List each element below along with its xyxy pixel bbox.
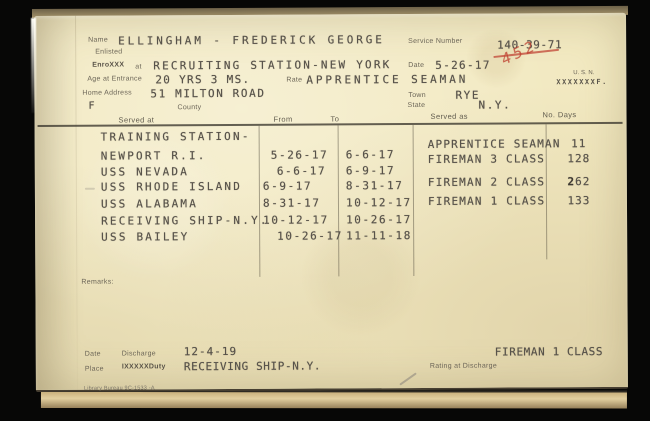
usn-label: U. S. N. (573, 70, 594, 76)
served-as-cell: FIREMAN 3 CLASS (428, 152, 545, 166)
table-row: RECEIVING SHIP-N.Y. 10-12-17 10-26-17 (35, 212, 627, 228)
served-at-cell: USS BAILEY (101, 230, 189, 243)
service-number-label: Service Number (408, 38, 462, 45)
rate-value: APPRENTICE SEAMAN (306, 73, 468, 87)
served-at-cell: RECEIVING SHIP-N.Y. (101, 214, 269, 228)
pencil-mark (399, 372, 416, 385)
days-cell: 11 (559, 137, 599, 150)
served-as-header: Served as (431, 112, 468, 121)
days-cell: 133 (559, 194, 599, 207)
name-label: Name (88, 37, 108, 44)
discharge-date-value: 12-4-19 (184, 345, 237, 358)
rate-label: Rate (286, 77, 302, 84)
state-label: State (407, 102, 425, 109)
from-header: From (274, 115, 293, 124)
served-at-header: Served at (119, 115, 155, 124)
home-address-label: Home Address (82, 89, 132, 96)
discharge-label: Discharge (122, 350, 156, 357)
inactive-duty-struck-label: IXXXXXDuty (122, 363, 166, 370)
served-as-cell: APPRENTICE SEAMAN (428, 137, 561, 151)
from-cell: 10-12-17 (263, 213, 329, 226)
county-initial: F (88, 101, 95, 112)
state-value: N.Y. (478, 99, 511, 112)
name-value: ELLINGHAM - FREDERICK GEORGE (118, 33, 385, 47)
from-cell: 10-26-17 (277, 229, 343, 242)
days-cell: 262 (559, 175, 599, 188)
to-cell: 10-26-17 (346, 213, 412, 226)
town-value: RYE (455, 89, 480, 102)
stacked-cards-edge (41, 390, 627, 409)
to-cell: 11-11-18 (346, 229, 412, 242)
entry-station-value: RECRUITING STATION-NEW YORK (153, 58, 391, 72)
date-value: 5-26-17 (435, 59, 491, 72)
pencil-dash (85, 188, 95, 190)
photo-background: Name ELLINGHAM - FREDERICK GEORGE Enlist… (0, 0, 650, 421)
place-label: Place (85, 366, 104, 373)
at-label: at (135, 63, 141, 70)
age-value: 20 YRS 3 MS. (155, 73, 250, 86)
no-days-header: No. Days (543, 110, 577, 119)
usnrf-struck-label: XXXXXXXF. (556, 78, 607, 86)
to-header: To (331, 114, 340, 123)
discharge-date-label: Date (85, 351, 101, 358)
county-label: County (177, 104, 201, 111)
town-label: Town (408, 92, 426, 99)
card-assembly: Name ELLINGHAM - FREDERICK GEORGE Enlist… (34, 13, 628, 392)
enrolled-struck-label: EnroXXX (92, 62, 124, 69)
remarks-label: Remarks: (81, 279, 113, 286)
date-label: Date (408, 62, 424, 69)
light-reflection (31, 18, 36, 113)
days-cell: 128 (559, 152, 599, 165)
served-as-cell: FIREMAN 2 CLASS (428, 175, 545, 189)
rating-at-discharge-value: FIREMAN 1 CLASS (495, 345, 603, 359)
age-at-entrance-label: Age at Entrance (87, 75, 142, 82)
printer-imprint: Library Bureau 9C-1533 -A (84, 385, 155, 391)
rating-at-discharge-label: Rating at Discharge (430, 363, 497, 370)
discharge-place-value: RECEIVING SHIP-N.Y. (184, 360, 321, 374)
table-row: USS BAILEY 10-26-17 11-11-18 (35, 228, 627, 244)
served-as-cell: FIREMAN 1 CLASS (428, 194, 545, 208)
enlisted-label: Enlisted (95, 49, 122, 56)
home-address-value: 51 MILTON ROAD (150, 87, 265, 101)
service-record-card: Name ELLINGHAM - FREDERICK GEORGE Enlist… (34, 13, 628, 392)
